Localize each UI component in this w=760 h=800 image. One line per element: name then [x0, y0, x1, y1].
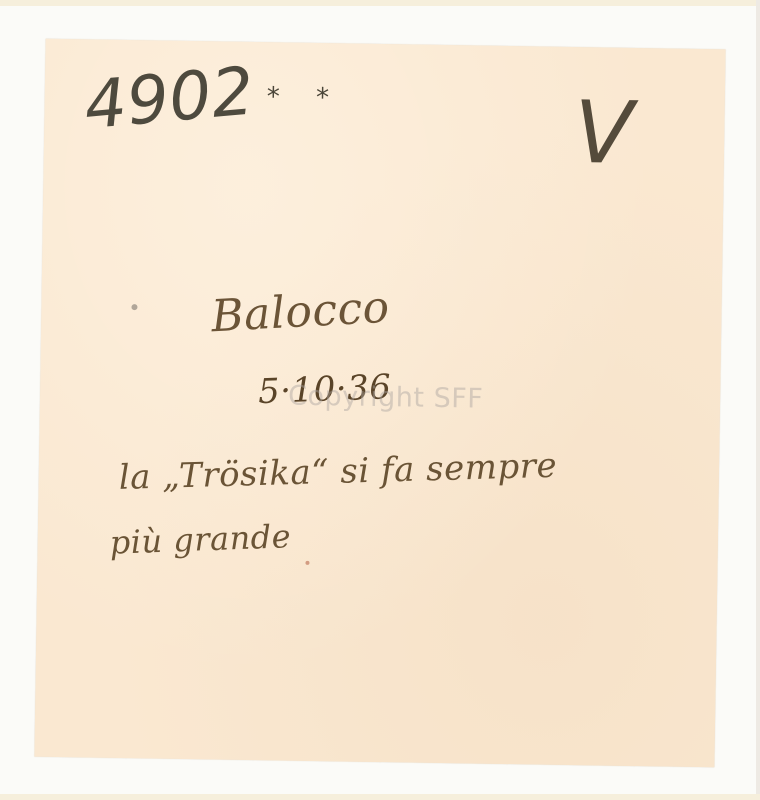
accession-star-marks: * *: [267, 82, 344, 113]
note-line-2: più grande: [109, 517, 292, 562]
record-date: 5·10·36: [257, 367, 392, 412]
accession-number: 4902: [81, 52, 257, 144]
mount-top-edge: [0, 0, 760, 6]
note-line-1: la „Trösika“ si fa sempre: [118, 446, 557, 498]
ink-dot-mark: [131, 304, 137, 310]
corner-mark: V: [573, 83, 634, 184]
mount-right-edge: [756, 0, 760, 800]
location-name: Balocco: [210, 282, 391, 343]
stain-spot: [305, 561, 309, 565]
mount-bottom-edge: [0, 794, 760, 800]
scan-background: 4902 * * V Balocco 5·10·36 la „Trösika“ …: [0, 0, 760, 800]
index-card: 4902 * * V Balocco 5·10·36 la „Trösika“ …: [34, 39, 725, 768]
